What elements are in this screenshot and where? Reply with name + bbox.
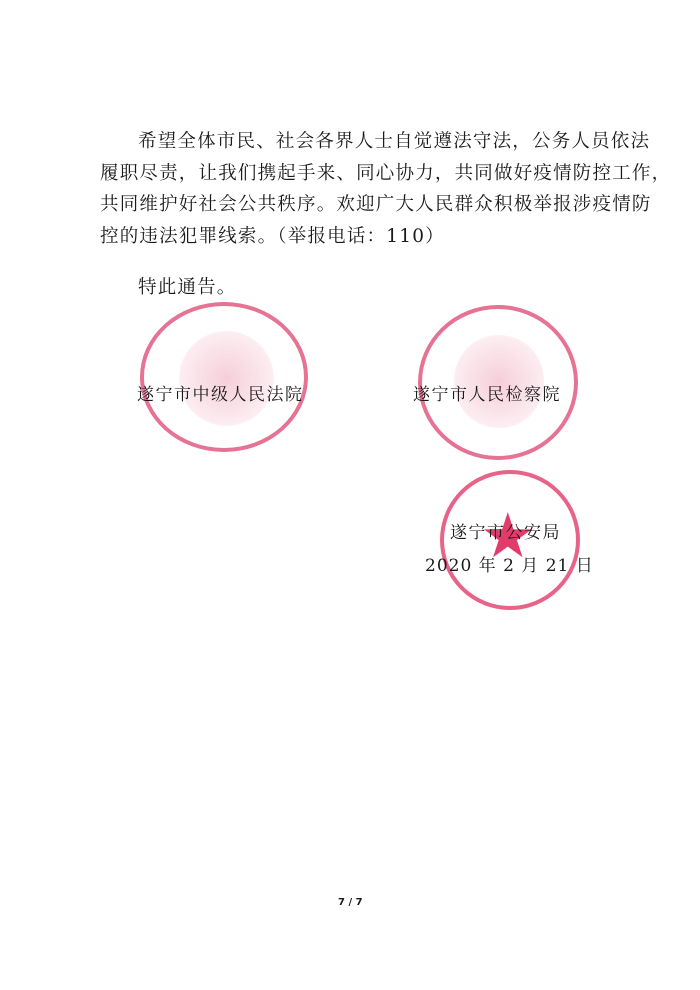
signatory-police: 遂宁市公安局: [450, 518, 561, 543]
signatory-procuratorate: 遂宁市人民检察院: [413, 380, 561, 405]
page-number: 7 / 7: [338, 897, 363, 908]
signatory-court: 遂宁市中级人民法院: [137, 380, 304, 405]
paragraph-line: 控的违法犯罪线索。（举报电话：110）: [100, 221, 625, 253]
paragraph-line: 履职尽责，让我们携起手来、同心协力，共同做好疫情防控工作，: [100, 158, 625, 190]
national-emblem-icon: [179, 331, 274, 426]
paragraph-line: 共同维护好社会公共秩序。欢迎广大人民群众积极举报涉疫情防: [100, 189, 625, 221]
closing-text: 特此通告。: [138, 273, 237, 299]
paragraph-line: 希望全体市民、社会各界人士自觉遵法守法，公务人员依法: [100, 126, 625, 158]
court-seal-icon: [140, 302, 308, 452]
issue-date: 2020 年 2 月 21 日: [425, 551, 594, 576]
notice-paragraph: 希望全体市民、社会各界人士自觉遵法守法，公务人员依法 履职尽责，让我们携起手来、…: [100, 126, 625, 252]
document-page: 希望全体市民、社会各界人士自觉遵法守法，公务人员依法 履职尽责，让我们携起手来、…: [0, 0, 700, 990]
